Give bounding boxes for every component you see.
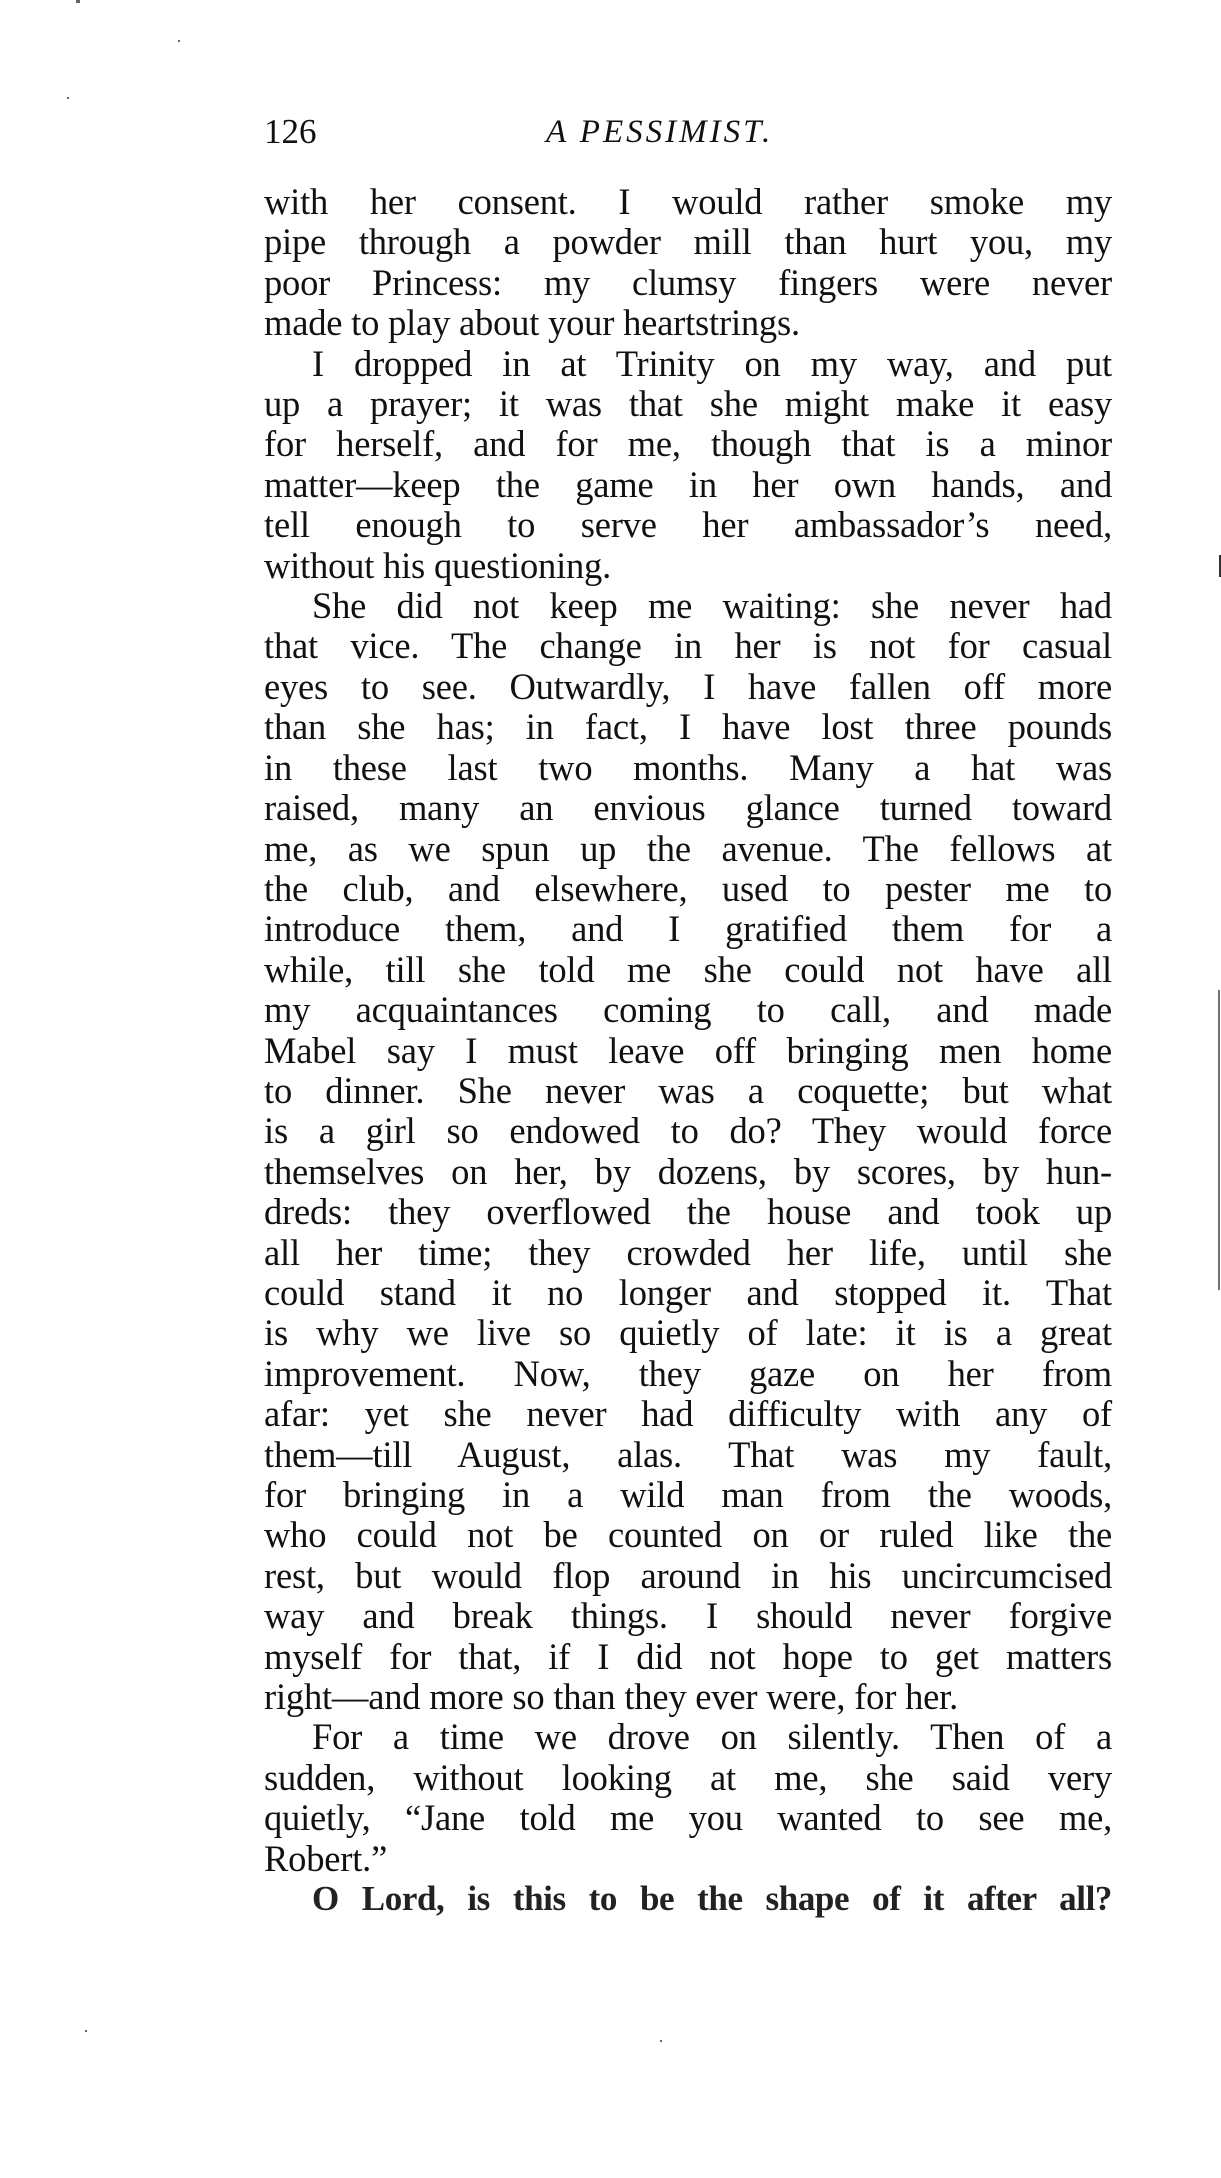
text-line: them—till August, alas. That was my faul…: [264, 1435, 1112, 1475]
text-line: eyes to see. Outwardly, I have fallen of…: [264, 667, 1112, 707]
paragraph: She did not keep me waiting: she never h…: [264, 586, 1112, 1717]
text-line: in these last two months. Many a hat was: [264, 748, 1112, 788]
text-line: poor Princess: my clumsy fingers were ne…: [264, 263, 1112, 303]
text-line: themselves on her, by dozens, by scores,…: [264, 1152, 1112, 1192]
text-line: O Lord, is this to be the shape of it af…: [264, 1879, 1112, 1919]
scan-speck: [178, 40, 180, 42]
text-line: that vice. The change in her is not for …: [264, 626, 1112, 666]
paragraph-final: O Lord, is this to be the shape of it af…: [264, 1879, 1112, 1919]
text-line: rest, but would flop around in his uncir…: [264, 1556, 1112, 1596]
text-line: with her consent. I would rather smoke m…: [264, 182, 1112, 222]
text-line: right—and more so than they ever were, f…: [264, 1677, 1112, 1717]
text-line: dreds: they overflowed the house and too…: [264, 1192, 1112, 1232]
text-line: made to play about your heartstrings.: [264, 303, 1112, 343]
text-line: sudden, without looking at me, she said …: [264, 1758, 1112, 1798]
text-line: while, till she told me she could not ha…: [264, 950, 1112, 990]
scan-speck: [85, 2030, 87, 2032]
text-line: up a prayer; it was that she might make …: [264, 384, 1112, 424]
page-number: 126: [264, 108, 317, 156]
running-title: A PESSIMIST.: [546, 108, 773, 156]
text-line: than she has; in fact, I have lost three…: [264, 707, 1112, 747]
paragraph: I dropped in at Trinity on my way, and p…: [264, 344, 1112, 586]
text-line: Mabel say I must leave off bringing men …: [264, 1031, 1112, 1071]
text-line: for herself, and for me, though that is …: [264, 424, 1112, 464]
text-line: Robert.”: [264, 1839, 1112, 1879]
text-line: is a girl so endowed to do? They would f…: [264, 1111, 1112, 1151]
text-line: for bringing in a wild man from the wood…: [264, 1475, 1112, 1515]
text-line: matter—keep the game in her own hands, a…: [264, 465, 1112, 505]
text-line: quietly, “Jane told me you wanted to see…: [264, 1798, 1112, 1838]
text-line: improvement. Now, they gaze on her from: [264, 1354, 1112, 1394]
text-line: me, as we spun up the avenue. The fellow…: [264, 829, 1112, 869]
paragraph: with her consent. I would rather smoke m…: [264, 182, 1112, 344]
running-head: 126 A PESSIMIST.: [264, 108, 1112, 156]
text-line: She did not keep me waiting: she never h…: [264, 586, 1112, 626]
scan-speck: [67, 97, 69, 99]
text-line: afar: yet she never had difficulty with …: [264, 1394, 1112, 1434]
text-line: way and break things. I should never for…: [264, 1596, 1112, 1636]
text-line: who could not be counted on or ruled lik…: [264, 1515, 1112, 1555]
text-line: to dinner. She never was a coquette; but…: [264, 1071, 1112, 1111]
text-line: tell enough to serve her ambassador’s ne…: [264, 505, 1112, 545]
text-line: myself for that, if I did not hope to ge…: [264, 1637, 1112, 1677]
text-line: pipe through a powder mill than hurt you…: [264, 222, 1112, 262]
book-page: 126 A PESSIMIST. with her consent. I wou…: [264, 108, 1112, 1919]
text-line: is why we live so quietly of late: it is…: [264, 1313, 1112, 1353]
text-line: all her time; they crowded her life, unt…: [264, 1233, 1112, 1273]
text-line: my acquaintances coming to call, and mad…: [264, 990, 1112, 1030]
scan-artifact-edge-line: [1218, 990, 1220, 1290]
paragraph: For a time we drove on silently. Then of…: [264, 1717, 1112, 1879]
scan-speck: [660, 2040, 662, 2042]
text-line: without his questioning.: [264, 546, 1112, 586]
text-line: could stand it no longer and stopped it.…: [264, 1273, 1112, 1313]
text-line: raised, many an envious glance turned to…: [264, 788, 1112, 828]
scan-speck: [76, 0, 80, 3]
text-line: For a time we drove on silently. Then of…: [264, 1717, 1112, 1757]
body-text: with her consent. I would rather smoke m…: [264, 182, 1112, 1919]
text-line: introduce them, and I gratified them for…: [264, 909, 1112, 949]
text-line: the club, and elsewhere, used to pester …: [264, 869, 1112, 909]
text-line: I dropped in at Trinity on my way, and p…: [264, 344, 1112, 384]
